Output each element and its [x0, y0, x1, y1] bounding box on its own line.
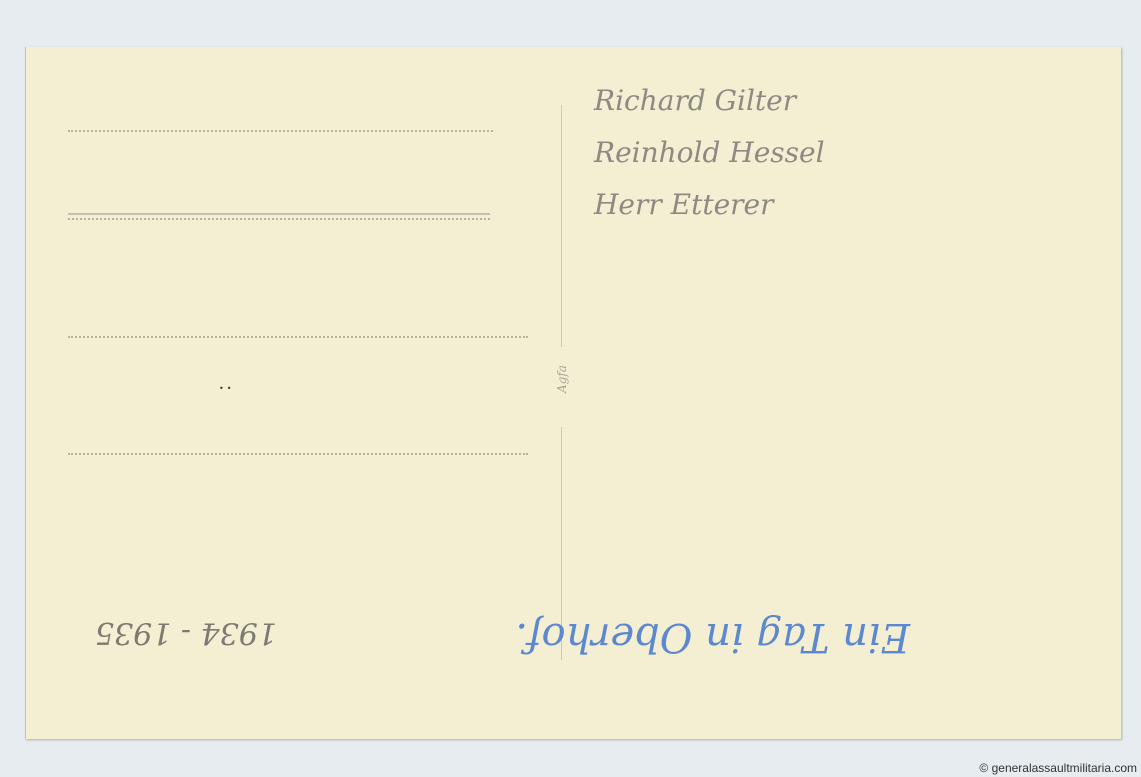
blue-ink-note: Ein Tag in Oberhof. — [515, 614, 910, 660]
pencil-name: Herr Etterer — [594, 179, 825, 231]
pencil-name: Richard Gilter — [594, 75, 825, 127]
pencil-name: Reinhold Hessel — [594, 127, 825, 179]
pencil-years: 1934 - 1935 — [95, 615, 277, 650]
ink-specks: •• — [219, 384, 234, 393]
address-line-1 — [68, 130, 493, 132]
watermark: © generalassaultmilitaria.com — [979, 761, 1137, 775]
address-line-5 — [68, 453, 528, 455]
printer-mark: Agfa — [555, 365, 569, 393]
pencil-names: Richard Gilter Reinhold Hessel Herr Ette… — [594, 75, 825, 231]
address-line-2 — [68, 213, 490, 215]
address-line-3 — [68, 218, 490, 220]
address-line-4 — [68, 336, 528, 338]
